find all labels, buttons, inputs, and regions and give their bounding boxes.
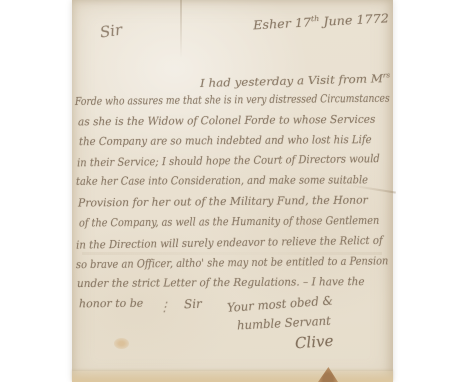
- salutation: Sir: [99, 24, 123, 40]
- letter-paper: [72, 0, 393, 382]
- signature: Clive: [295, 335, 334, 351]
- closing-dots: ⋮: [158, 301, 171, 314]
- body-line: take her Case into Consideration, and ma…: [76, 173, 402, 188]
- paper-stain: [114, 338, 129, 349]
- closing-sir: Sir: [184, 298, 202, 312]
- paper-bottom-edge: [72, 371, 393, 382]
- letter-photo: Esher 17th June 1772 Sir I had yesterday…: [0, 0, 468, 382]
- body-line: under the strict Letter of the Regulatio…: [77, 275, 380, 290]
- vertical-crease: [180, 0, 182, 58]
- body-line: honor to be: [79, 297, 143, 311]
- body-line: Forde who assures me that she is in very…: [75, 91, 451, 108]
- body-line: as she is the Widow of Colonel Forde to …: [78, 113, 389, 129]
- body-line: the Company are so much indebted and who…: [79, 133, 397, 148]
